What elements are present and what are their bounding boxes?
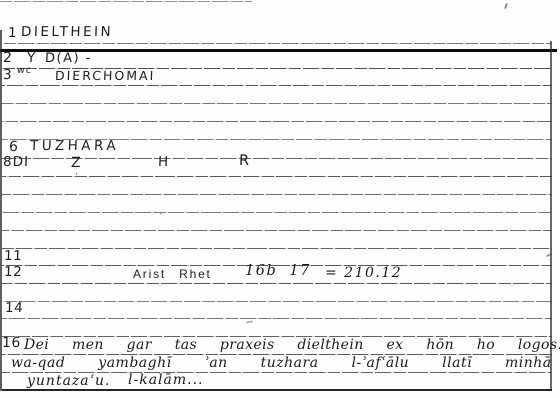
greek-quotation-line: Dei men gar tas praxeis dielthein ex hōn… <box>24 338 560 352</box>
ruled-line <box>4 43 552 44</box>
entry-number-14: 14 <box>5 302 24 316</box>
siglum-y: Y <box>27 52 36 66</box>
scan-speck <box>246 320 253 323</box>
headword-tuzhara: TUZHARA <box>30 140 120 154</box>
headword-dielthein: DIELTHEIN <box>21 26 114 40</box>
ruled-line <box>2 103 552 104</box>
ruled-line <box>2 194 552 195</box>
ruled-line <box>2 212 552 213</box>
scan-speck <box>504 3 508 9</box>
ruled-line <box>2 248 552 249</box>
ruled-line <box>2 230 552 231</box>
citation-locus: 16b 17 <box>245 264 311 279</box>
entry-number-11: 11 <box>4 250 23 264</box>
index-card: 1 DIELTHEIN 2 Y D(A) - 3 wc DIERCHOMAI 6… <box>0 0 560 398</box>
arabic-translit-line2-word1: yuntazaʿu. <box>27 374 110 388</box>
ruled-line <box>2 283 552 284</box>
entry-number-2: 2 <box>3 51 13 65</box>
headword-dierchomai: DIERCHOMAI <box>55 70 156 83</box>
entry-number-12: 12 <box>4 266 23 280</box>
scan-speck <box>160 213 162 215</box>
ruled-line <box>2 158 552 159</box>
entry-number-16: 16 <box>2 336 21 350</box>
stray-comma-mark: , <box>75 167 79 177</box>
arabic-translit-line1: wa-qad yambaghī ʾan tuzhara l-ʾafʿālu ll… <box>11 356 552 370</box>
entry-number-6: 6 <box>9 140 19 154</box>
entry-number-3: 3 <box>3 69 13 83</box>
top-edge-line <box>0 1 252 2</box>
entry-number-8di: 8DI <box>3 156 29 170</box>
bottom-edge-line <box>2 389 552 391</box>
citation-equivalent: = 210.12 <box>325 266 402 280</box>
entry-2-text: D(A) - <box>45 52 92 65</box>
ruled-line <box>2 318 552 319</box>
arabic-translit-line2-word2: l-kalām... <box>128 373 204 387</box>
ruled-line <box>2 301 552 302</box>
superscript-wc: wc <box>17 66 32 76</box>
ruled-line <box>2 176 552 177</box>
ruled-line <box>2 85 552 86</box>
siglum-h: H <box>158 156 169 170</box>
ruled-line <box>2 121 552 122</box>
siglum-r: R <box>239 154 250 169</box>
citation-arist-rhet: Arist Rhet <box>133 268 212 280</box>
entry-number-1: 1 <box>8 27 18 41</box>
